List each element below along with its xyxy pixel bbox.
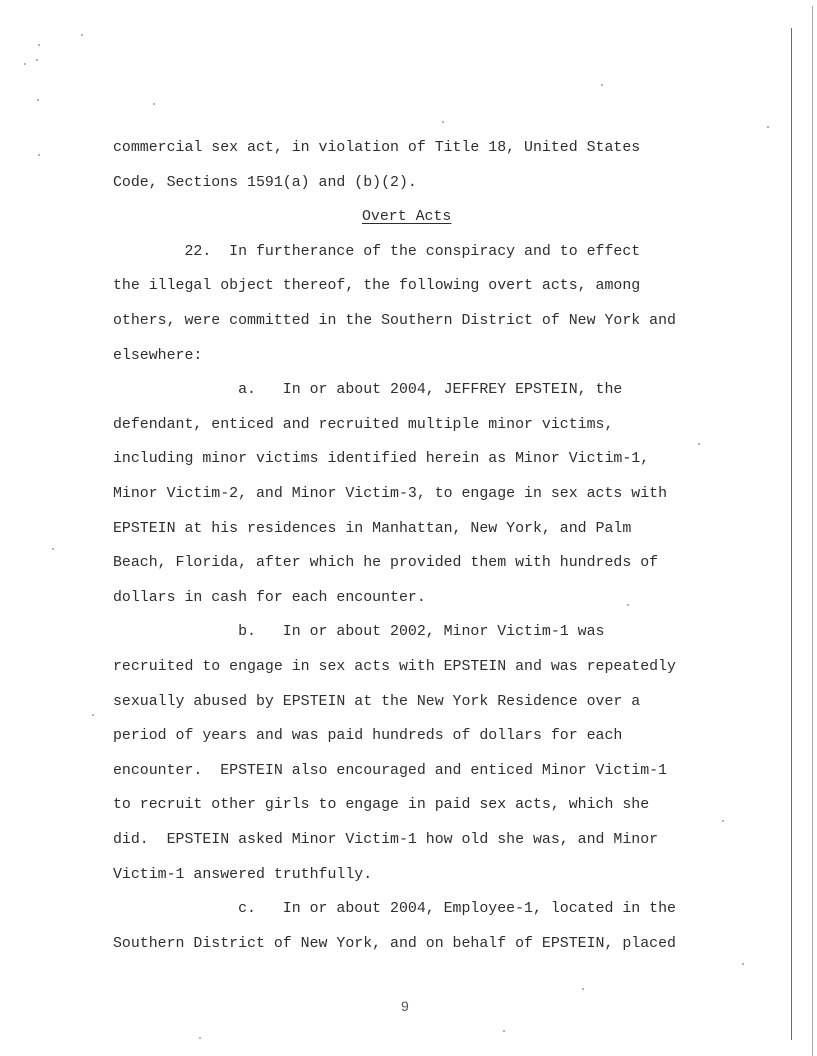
document-text-line: encounter. EPSTEIN also encouraged and e… xyxy=(113,762,667,780)
scan-speck xyxy=(38,44,40,46)
document-text-line: Code, Sections 1591(a) and (b)(2). xyxy=(113,174,417,192)
document-text-line: c. In or about 2004, Employee-1, located… xyxy=(113,900,676,918)
scan-speck xyxy=(601,84,603,86)
scan-edge-line xyxy=(791,28,792,1040)
document-text-line: b. In or about 2002, Minor Victim-1 was xyxy=(113,623,604,641)
document-text-line: to recruit other girls to engage in paid… xyxy=(113,796,649,814)
scan-speck xyxy=(37,99,39,101)
document-text-line: the illegal object thereof, the followin… xyxy=(113,277,640,295)
document-text-line: sexually abused by EPSTEIN at the New Yo… xyxy=(113,693,640,711)
document-text-line: including minor victims identified herei… xyxy=(113,450,649,468)
scan-speck xyxy=(92,714,94,716)
document-text-line: Victim-1 answered truthfully. xyxy=(113,866,372,884)
scan-speck xyxy=(627,604,629,606)
document-text-line: Beach, Florida, after which he provided … xyxy=(113,554,658,572)
scan-speck xyxy=(742,963,744,965)
document-text-line: a. In or about 2004, JEFFREY EPSTEIN, th… xyxy=(113,381,622,399)
scan-speck xyxy=(767,126,769,128)
scan-edge-line-outer xyxy=(812,6,813,1056)
document-text-line: period of years and was paid hundreds of… xyxy=(113,727,622,745)
document-text-line: defendant, enticed and recruited multipl… xyxy=(113,416,613,434)
scan-speck xyxy=(503,1030,505,1032)
scan-speck xyxy=(722,820,724,822)
document-page: commercial sex act, in violation of Titl… xyxy=(0,0,817,1056)
document-text-line: Southern District of New York, and on be… xyxy=(113,935,676,953)
document-text-line: did. EPSTEIN asked Minor Victim-1 how ol… xyxy=(113,831,658,849)
page-number: 9 xyxy=(401,998,409,1014)
scan-speck xyxy=(24,63,26,65)
scan-speck xyxy=(36,59,38,61)
document-text-line: EPSTEIN at his residences in Manhattan, … xyxy=(113,520,631,538)
scan-speck xyxy=(582,988,584,990)
scan-speck xyxy=(153,103,155,105)
document-text-line: others, were committed in the Southern D… xyxy=(113,312,676,330)
document-text-line: commercial sex act, in violation of Titl… xyxy=(113,139,640,157)
scan-speck xyxy=(38,154,40,156)
document-text-line: dollars in cash for each encounter. xyxy=(113,589,426,607)
scan-speck xyxy=(199,1037,201,1039)
document-text-line: 22. In furtherance of the conspiracy and… xyxy=(113,243,640,261)
scan-speck xyxy=(698,443,700,445)
scan-speck xyxy=(52,548,54,550)
section-heading: Overt Acts xyxy=(362,208,451,226)
scan-speck xyxy=(442,121,444,123)
scan-speck xyxy=(81,34,83,36)
document-text-line: recruited to engage in sex acts with EPS… xyxy=(113,658,676,676)
document-text-line: elsewhere: xyxy=(113,347,202,365)
document-text-line: Minor Victim-2, and Minor Victim-3, to e… xyxy=(113,485,667,503)
